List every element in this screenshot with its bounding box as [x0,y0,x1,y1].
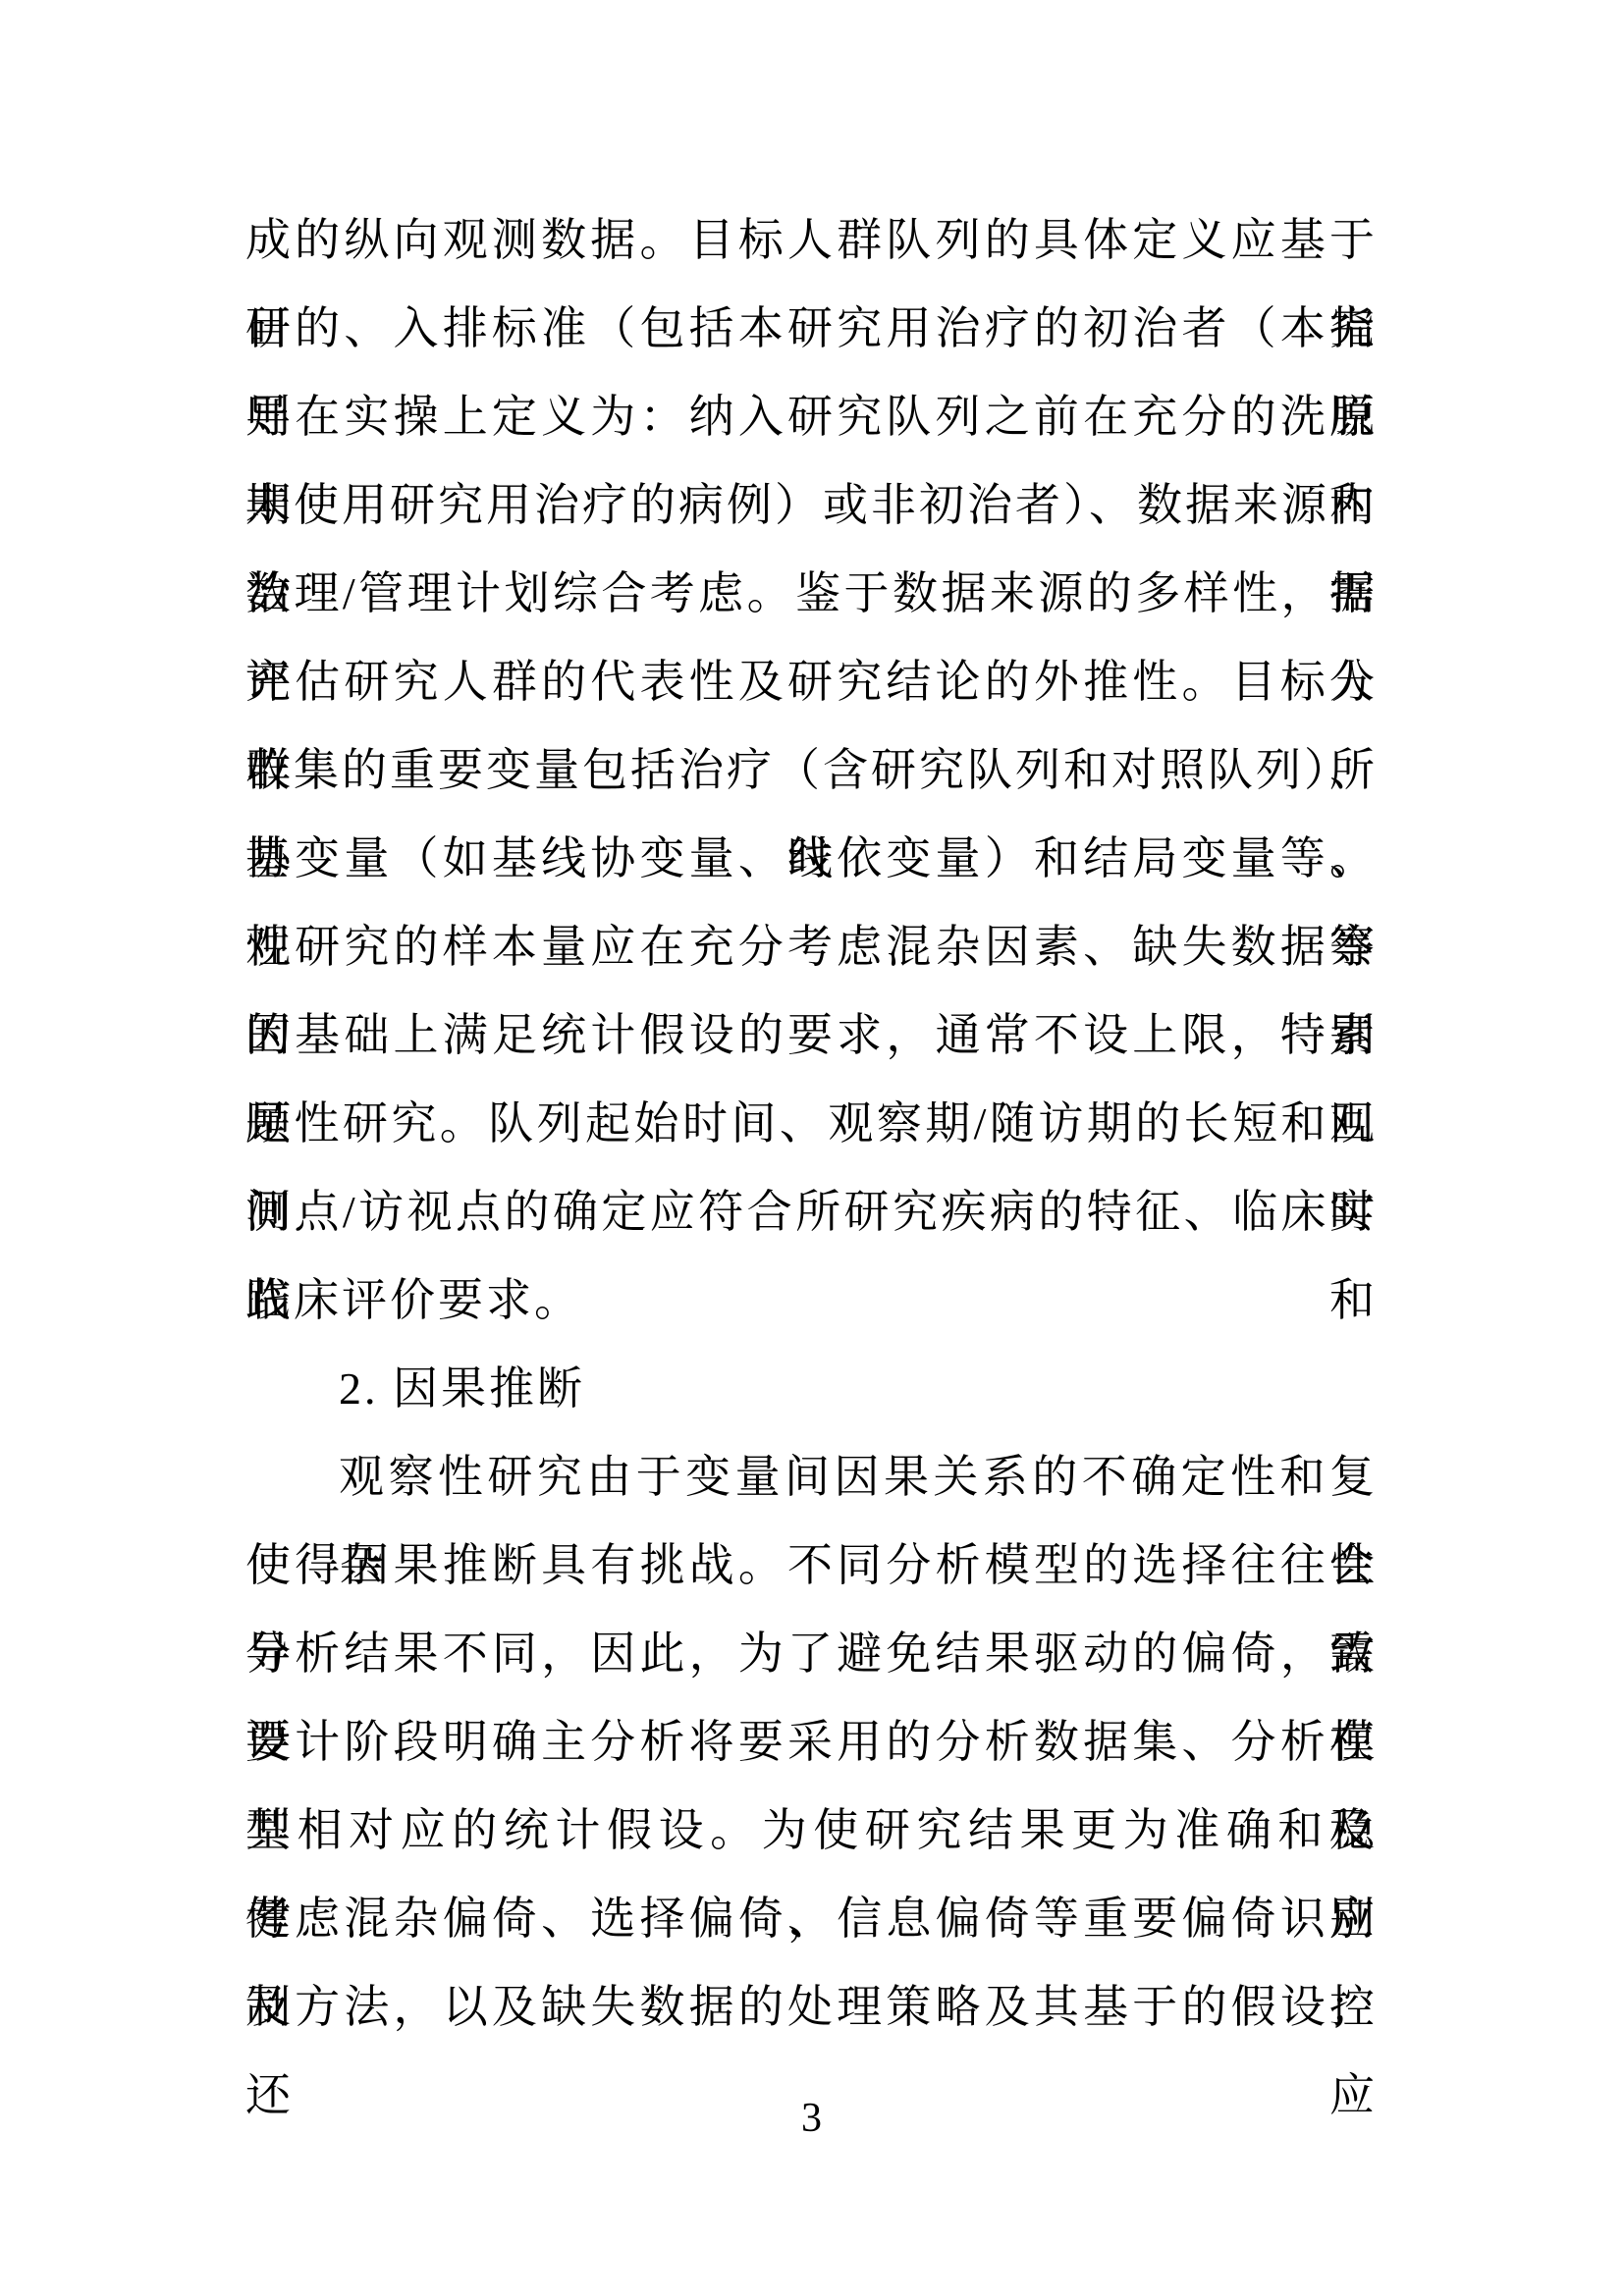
text-line: 分析结果不同，因此，为了避免结果驱动的偏倚，需要在 [245,1610,1378,1698]
section-heading: 2. 因果推断 [245,1345,1378,1433]
page-number: 3 [245,2087,1378,2150]
document-page: 成的纵向观测数据。目标人群队列的具体定义应基于研究 目的、入排标准（包括本研究用… [0,0,1624,2296]
text-line: 性研究的样本量应在充分考虑混杂因素、缺失数据等因素 [245,903,1378,991]
text-line: 目的、入排标准（包括本研究用治疗的初治者（本指导原 [245,285,1378,373]
text-line: 使得因果推断具有挑战。不同分析模型的选择往往会导致 [245,1522,1378,1610]
text-line: 观察性研究由于变量间因果关系的不确定性和复杂性 [245,1433,1378,1522]
text-line: 成的纵向观测数据。目标人群队列的具体定义应基于研究 [245,196,1378,285]
text-line: 的基础上满足统计假设的要求，通常不设上限，特别是回 [245,991,1378,1080]
text-line: 则在实操上定义为：纳入研究队列之前在充分的洗脱期内 [245,373,1378,461]
text-line: 评估研究人群的代表性及研究结论的外推性。目标人群所 [245,638,1378,726]
text-line: 协变量（如基线协变量、时依变量）和结局变量等。观察 [245,815,1378,903]
text-line: 考虑混杂偏倚、选择偏倚、信息偏倚等重要偏倚识别及控 [245,1875,1378,1963]
text-line: 其相对应的统计假设。为使研究结果更为准确和稳健，应 [245,1787,1378,1875]
text-line: 治理/管理计划综合考虑。鉴于数据来源的多样性，需充分 [245,550,1378,638]
text-line: 间点/访视点的确定应符合所研究疾病的特征、临床实践和 [245,1168,1378,1256]
text-line: 未使用研究用治疗的病例）或非初治者）、数据来源和数据 [245,461,1378,550]
text-line: 收集的重要变量包括治疗（含研究队列和对照队列）、基线、 [245,726,1378,815]
document-body: 成的纵向观测数据。目标人群队列的具体定义应基于研究 目的、入排标准（包括本研究用… [245,196,1378,2052]
text-line: 制方法，以及缺失数据的处理策略及其基于的假设；还应 [245,1963,1378,2052]
text-line: 设计阶段明确主分析将要采用的分析数据集、分析模型及 [245,1698,1378,1787]
text-line: 顾性研究。队列起始时间、观察期/随访期的长短和观测时 [245,1080,1378,1168]
